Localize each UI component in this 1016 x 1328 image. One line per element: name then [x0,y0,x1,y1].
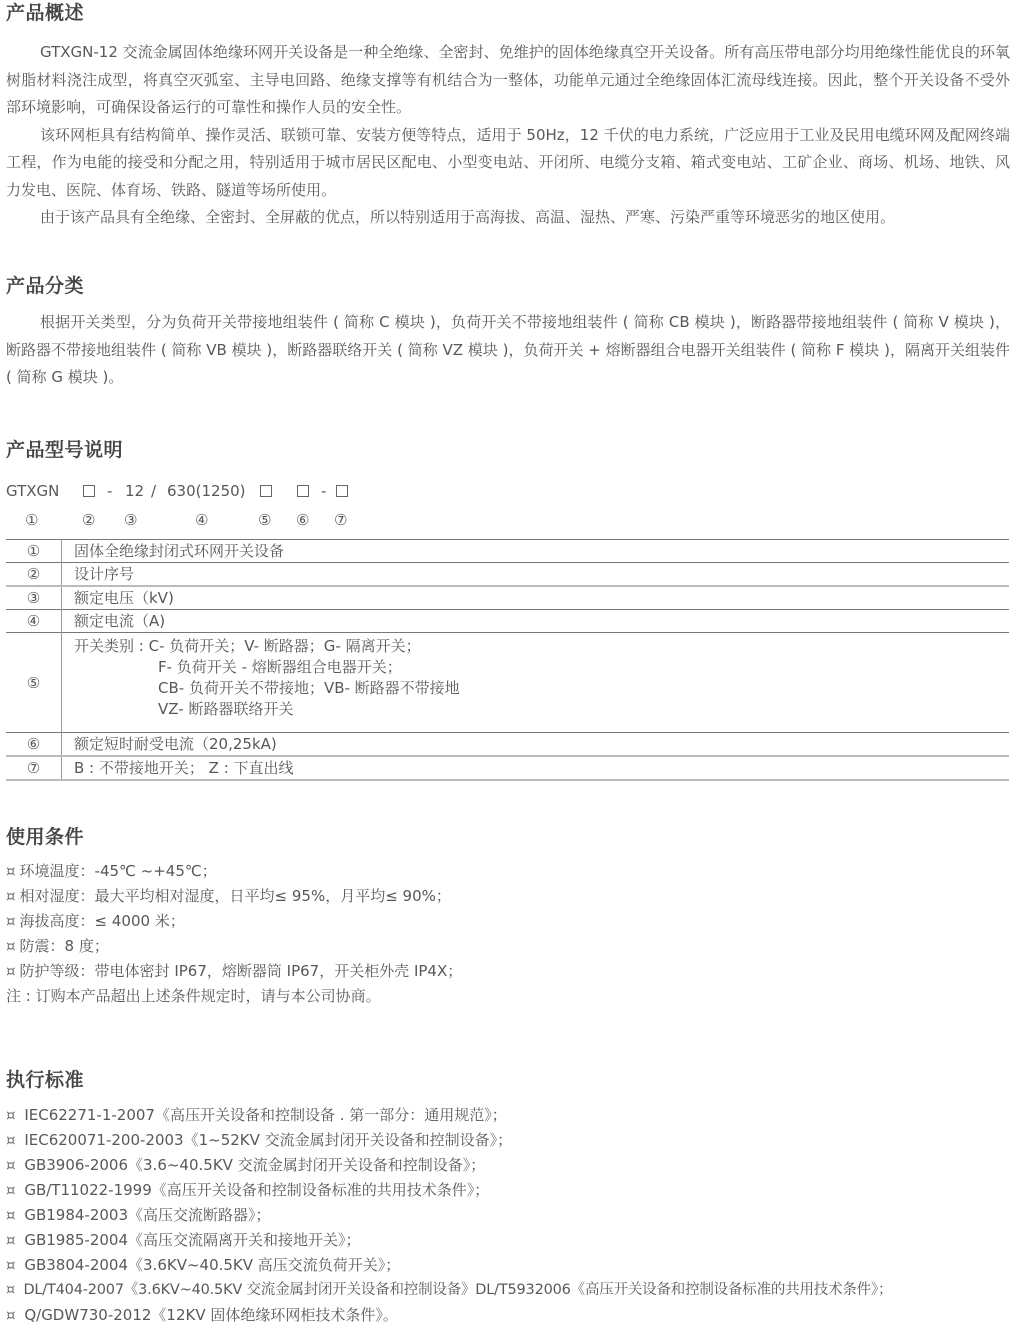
list-item: ¤ IEC620071-200-2003《1~52KV 交流金属封闭开关设备和控… [6,1128,892,1153]
marker: ① [25,510,38,530]
list-item: ¤ GB/T11022-1999《高压开关设备和控制设备标准的共用技术条件》； [6,1178,892,1203]
category-line: F- 负荷开关 - 熔断器组合电器开关； [74,657,1009,678]
model-voltage: 12 [125,481,144,501]
table-row: ① 固体全绝缘封闭式环网开关设备 [6,540,1009,563]
marker: ⑦ [334,510,347,530]
bullet-icon: ¤ [6,1231,16,1249]
bullet-icon: ¤ [6,912,16,930]
list-item: ¤防护等级：带电体密封 IP67，熔断器筒 IP67，开关柜外壳 IP4X； [6,959,462,984]
model-prefix: GTXGN [6,481,59,501]
list-item: ¤ GB1985-2004《高压交流隔离开关和接地开关》； [6,1228,892,1253]
model-slash: / [151,481,156,501]
list-item: ¤ GB3906-2006《3.6~40.5KV 交流金属封闭开关设备和控制设备… [6,1153,892,1178]
table-row: ⑦ B : 不带接地开关； Z : 下直出线 [6,756,1009,780]
placeholder-box [83,485,95,497]
row-number: ② [6,563,62,587]
row-description: B : 不带接地开关； Z : 下直出线 [62,756,1010,780]
section-title-conditions: 使用条件 [6,825,84,849]
placeholder-box [260,485,272,497]
row-description: 固体全绝缘封闭式环网开关设备 [62,540,1010,563]
table-row: ④ 额定电流（A) [6,610,1009,633]
overview-paragraph: 由于该产品具有全绝缘、全密封、全屏蔽的优点，所以特别适用于高海拔、高温、湿热、严… [6,204,1010,232]
classification-body: 根据开关类型，分为负荷开关带接地组装件 ( 简称 C 模块 )，负荷开关不带接地… [6,309,1010,392]
bullet-icon: ¤ [6,1306,16,1324]
list-item: ¤ GB1984-2003《高压交流断路器》； [6,1203,892,1228]
bullet-icon: ¤ [6,1256,16,1274]
marker: ③ [124,510,137,530]
list-item: ¤防震：8 度； [6,934,462,959]
model-dash: - [107,481,112,501]
overview-body: GTXGN-12 交流金属固体绝缘环网开关设备是一种全绝缘、全密封、免维护的固体… [6,39,1010,232]
model-current: 630(1250) [167,481,246,501]
table-row: ③ 额定电压（kV) [6,586,1009,610]
table-row: ② 设计序号 [6,563,1009,587]
row-description: 额定短时耐受电流（20,25kA) [62,733,1010,757]
table-row: ⑤ 开关类别 : C- 负荷开关；V- 断路器；G- 隔离开关； F- 负荷开关… [6,633,1009,733]
section-title-standards: 执行标准 [6,1068,84,1092]
placeholder-box [336,485,348,497]
list-item: ¤ DL/T404-2007《3.6KV~40.5KV 交流金属封闭开关设备和控… [6,1278,892,1303]
classification-paragraph: 根据开关类型，分为负荷开关带接地组装件 ( 简称 C 模块 )，负荷开关不带接地… [6,309,1010,392]
row-description: 额定电压（kV) [62,586,1010,610]
bullet-icon: ¤ [6,1282,15,1298]
marker: ② [82,510,95,530]
section-title-model: 产品型号说明 [6,438,123,462]
row-number: ⑥ [6,733,62,757]
category-line: 开关类别 : C- 负荷开关；V- 断路器；G- 隔离开关； [74,636,1009,657]
category-line: CB- 负荷开关不带接地；VB- 断路器不带接地 [74,678,1009,699]
bullet-icon: ¤ [6,1181,16,1199]
bullet-icon: ¤ [6,937,16,955]
table-row: ⑥ 额定短时耐受电流（20,25kA) [6,733,1009,757]
model-spec-table: ① 固体全绝缘封闭式环网开关设备 ② 设计序号 ③ 额定电压（kV) ④ 额定电… [6,539,1009,781]
row-number: ④ [6,610,62,633]
overview-paragraph: GTXGN-12 交流金属固体绝缘环网开关设备是一种全绝缘、全密封、免维护的固体… [6,39,1010,122]
standards-list: ¤ IEC62271-1-2007《高压开关设备和控制设备 . 第一部分：通用规… [6,1103,892,1328]
row-number: ⑤ [6,633,62,733]
section-title-classification: 产品分类 [6,274,84,298]
overview-paragraph: 该环网柜具有结构简单、操作灵活、联锁可靠、安装方便等特点，适用于 50Hz，12… [6,122,1010,205]
bullet-icon: ¤ [6,962,16,980]
marker: ⑤ [258,510,271,530]
list-item: ¤相对湿度：最大平均相对湿度，日平均≤ 95%，月平均≤ 90%； [6,884,462,909]
bullet-icon: ¤ [6,862,16,880]
row-description: 设计序号 [62,563,1010,587]
list-item: ¤海拔高度：≤ 4000 米； [6,909,462,934]
bullet-icon: ¤ [6,1156,16,1174]
marker: ④ [195,510,208,530]
list-item: ¤ GB3804-2004《3.6KV~40.5KV 高压交流负荷开关》； [6,1253,892,1278]
section-title-overview: 产品概述 [6,1,84,25]
row-number: ⑦ [6,756,62,780]
row-description: 开关类别 : C- 负荷开关；V- 断路器；G- 隔离开关； F- 负荷开关 -… [62,633,1010,733]
list-item: ¤ Q/GDW730-2012《12KV 固体绝缘环网柜技术条件》。 [6,1303,892,1328]
bullet-icon: ¤ [6,1131,16,1149]
note: 注 : 订购本产品超出上述条件规定时，请与本公司协商。 [6,984,462,1009]
marker: ⑥ [296,510,309,530]
row-number: ③ [6,586,62,610]
row-description: 额定电流（A) [62,610,1010,633]
list-item: ¤ IEC62271-1-2007《高压开关设备和控制设备 . 第一部分：通用规… [6,1103,892,1128]
list-item: ¤环境温度：-45℃ ~+45℃； [6,859,462,884]
model-dash: - [321,481,326,501]
conditions-list: ¤环境温度：-45℃ ~+45℃； ¤相对湿度：最大平均相对湿度，日平均≤ 95… [6,859,462,1009]
bullet-icon: ¤ [6,1106,16,1124]
bullet-icon: ¤ [6,887,16,905]
category-line: VZ- 断路器联络开关 [74,699,1009,720]
row-number: ① [6,540,62,563]
placeholder-box [297,485,309,497]
bullet-icon: ¤ [6,1206,16,1224]
